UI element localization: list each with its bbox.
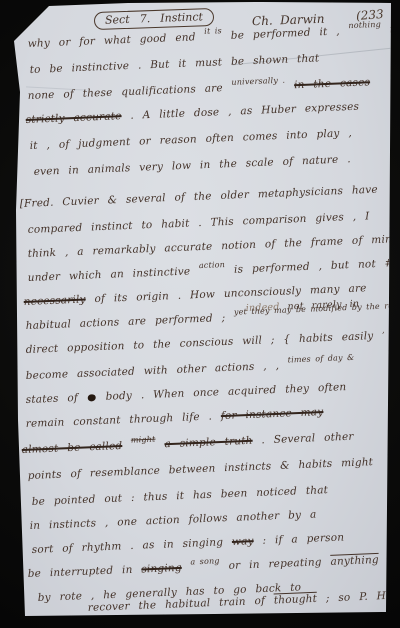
manuscript-text: why or for what good end it is be perfor… (0, 0, 400, 628)
manuscript-word: . Several other (261, 431, 354, 447)
manuscript-word: necessarily (24, 294, 86, 308)
manuscript-word: , with certain (382, 323, 400, 334)
manuscript-word: none of these qualifications are (28, 82, 224, 102)
manuscript-word: even in animals very low in the scale of… (34, 153, 351, 178)
manuscript-line: think , a remarkably accurate notion of … (28, 233, 400, 260)
manuscript-word: to be instinctive . But it must be shown… (30, 52, 320, 76)
manuscript-line: in instincts , one action follows anothe… (30, 508, 317, 532)
manuscript-word: habits easily (299, 330, 374, 345)
manuscript-word: states of (26, 392, 79, 406)
manuscript-word: [Fred. Cuvier & several of the older met… (20, 184, 378, 210)
ink-blot-icon (88, 394, 96, 401)
manuscript-word: why or for what good end (28, 31, 196, 50)
manuscript-word: be interrupted in (28, 564, 133, 580)
manuscript-line: strictly accurate . A little dose , as H… (26, 101, 360, 126)
manuscript-line: habitual actions are performed ; yet the… (26, 304, 400, 332)
manuscript-word: points of resemblance between instincts … (28, 456, 374, 482)
manuscript-paper: Sect 7. Instinct Ch. Darwin (233 why or … (0, 0, 400, 628)
manuscript-word: a simple truth (164, 435, 253, 451)
manuscript-word: under which an instinctive (28, 265, 191, 284)
manuscript-word: be pointed out : thus it has been notice… (32, 484, 329, 508)
manuscript-word: action (199, 260, 226, 270)
manuscript-line: why or for what good end it is be perfor… (28, 22, 400, 50)
manuscript-word: is performed , but not # (234, 257, 394, 275)
manuscript-word: or in repeating (228, 556, 322, 572)
manuscript-line: none of these qualifications are univers… (28, 76, 371, 102)
manuscript-word: in instincts , one action follows anothe… (30, 508, 317, 532)
manuscript-word: habitual actions are performed ; (26, 312, 226, 332)
manuscript-line: states of body . When once acquired they… (26, 381, 347, 406)
manuscript-word: for instance may (221, 406, 324, 422)
manuscript-line: it , of judgment or reason often comes i… (30, 127, 353, 152)
manuscript-line: be interrupted in singing a song or in r… (28, 554, 380, 580)
manuscript-word: compared instinct to habit . This compar… (28, 210, 370, 236)
manuscript-word: remain constant through life . (26, 411, 213, 430)
manuscript-word: singing (141, 562, 182, 576)
manuscript-word: body . When once acquired they often (105, 381, 346, 403)
manuscript-line: [Fred. Cuvier & several of the older met… (20, 184, 378, 210)
manuscript-word: thought (274, 593, 318, 607)
manuscript-word: direct opposition to the conscious will … (26, 333, 291, 356)
manuscript-line: direct opposition to the conscious will … (26, 327, 400, 356)
manuscript-word: anything (330, 554, 379, 568)
manuscript-word: way (232, 535, 254, 548)
manuscript-word: sort of rhythm . as in singing (32, 536, 224, 556)
manuscript-word: ; so P. Huber (326, 589, 400, 604)
manuscript-line: points of resemblance between instincts … (28, 456, 374, 482)
manuscript-line: sort of rhythm . as in singing way : if … (32, 531, 345, 556)
manuscript-word: in the cases (294, 76, 370, 91)
manuscript-word: it is (204, 26, 222, 36)
manuscript-word: nothing (348, 20, 381, 30)
manuscript-word: universally . (231, 76, 285, 87)
manuscript-line: under which an instinctive action is per… (28, 257, 394, 284)
manuscript-line: compared instinct to habit . This compar… (28, 210, 370, 236)
manuscript-word: times of day & (288, 353, 355, 365)
manuscript-word: a song (190, 556, 220, 566)
manuscript-line: even in animals very low in the scale of… (34, 153, 351, 178)
manuscript-word: it , of judgment or reason often comes i… (30, 127, 353, 152)
manuscript-line: to be instinctive . But it must be shown… (30, 52, 320, 76)
manuscript-word: : if a person (262, 531, 344, 546)
manuscript-word: might (131, 435, 156, 445)
manuscript-word: become associated with other actions , , (26, 360, 280, 382)
manuscript-line: become associated with other actions , ,… (26, 357, 355, 382)
manuscript-word: . A little dose , as Huber expresses (130, 101, 359, 122)
manuscript-word: if said (390, 22, 400, 36)
manuscript-line: remain constant through life . for insta… (26, 406, 324, 430)
photo-background: Sect 7. Instinct Ch. Darwin (233 why or … (0, 0, 400, 628)
manuscript-word: almost be called (22, 440, 123, 456)
manuscript-line: almost be called might a simple truth . … (22, 431, 354, 456)
manuscript-word: be performed it , (231, 25, 340, 41)
manuscript-word: think , a remarkably accurate notion of … (28, 233, 400, 260)
manuscript-word: strictly accurate (26, 110, 122, 126)
manuscript-line: be pointed out : thus it has been notice… (32, 484, 329, 508)
